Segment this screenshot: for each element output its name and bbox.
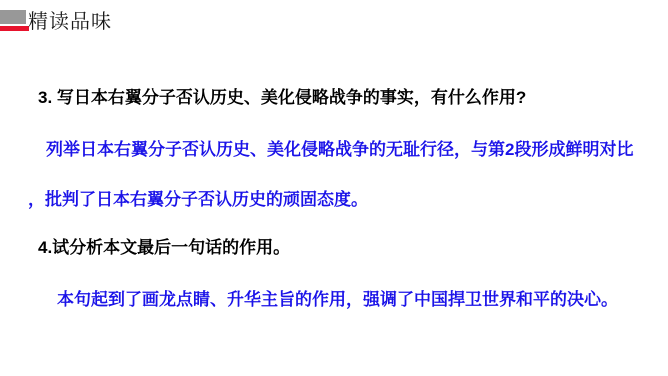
section-title: 精读品味: [28, 10, 112, 34]
question-4-text: 4.试分析本文最后一句话的作用。: [38, 236, 290, 260]
question-3-text: 3. 写日本右翼分子否认历史、美化侵略战争的事实，有什么作用?: [38, 86, 526, 110]
accent-gray-block: [0, 10, 26, 24]
accent-red-bar: [0, 26, 29, 31]
answer-4-text: 本句起到了画龙点睛、升华主旨的作用，强调了中国捍卫世界和平的决心。: [57, 288, 618, 312]
presentation-slide: 精读品味 3. 写日本右翼分子否认历史、美化侵略战争的事实，有什么作用? 列举日…: [0, 0, 668, 376]
answer-3-line-2: ，批判了日本右翼分子否认历史的顽固态度。: [28, 188, 368, 212]
answer-3-line-1: 列举日本右翼分子否认历史、美化侵略战争的无耻行径，与第2段形成鲜明对比: [46, 138, 633, 162]
